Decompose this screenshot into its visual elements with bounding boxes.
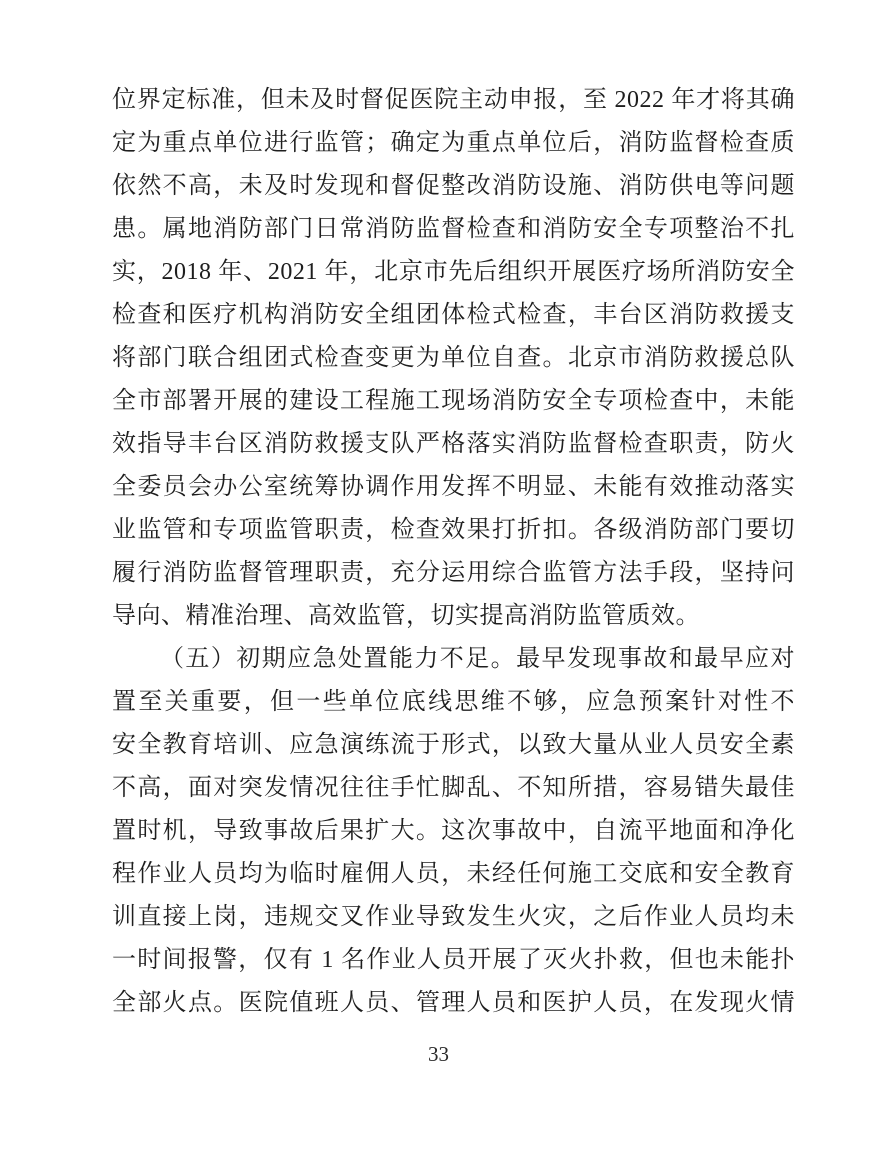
text-line: 位界定标准，但未及时督促医院主动申报，至 2022 年才将其确 (112, 79, 795, 122)
text-line: 置时机，导致事故后果扩大。这次事故中，自流平地面和净化工 (112, 810, 795, 853)
text-block: 位界定标准，但未及时督促医院主动申报，至 2022 年才将其确 定为重点单位进行… (112, 79, 795, 1025)
text-line: （五）初期应急处置能力不足。最早发现事故和最早应对处 (112, 638, 795, 681)
text-line: 全部火点。医院值班人员、管理人员和医护人员，在发现火情后 (112, 982, 795, 1025)
text-line: 导向、精准治理、高效监管，切实提高消防监管质效。 (112, 595, 795, 638)
text-line: 依然不高，未及时发现和督促整改消防设施、消防供电等问题隐 (112, 165, 795, 208)
text-line: 效指导丰台区消防救援支队严格落实消防监督检查职责，防火安 (112, 423, 795, 466)
text-line: 检查和医疗机构消防安全组团体检式检查，丰台区消防救援支队 (112, 294, 795, 337)
text-line: 不高，面对突发情况往往手忙脚乱、不知所措，容易错失最佳处 (112, 767, 795, 810)
text-line: 一时间报警，仅有 1 名作业人员开展了灭火扑救，但也未能扑灭 (112, 939, 795, 982)
text-line: 业监管和专项监管职责，检查效果打折扣。各级消防部门要切实 (112, 509, 795, 552)
text-line: 实，2018 年、2021 年，北京市先后组织开展医疗场所消防安全 (112, 251, 795, 294)
text-line: 置至关重要，但一些单位底线思维不够，应急预案针对性不强， (112, 681, 795, 724)
paragraph-2: （五）初期应急处置能力不足。最早发现事故和最早应对处 置至关重要，但一些单位底线… (112, 638, 795, 1025)
text-line: 履行消防监督管理职责，充分运用综合监管方法手段，坚持问题 (112, 552, 795, 595)
text-line: 训直接上岗，违规交叉作业导致发生火灾，之后作业人员均未第 (112, 896, 795, 939)
text-line: 全市部署开展的建设工程施工现场消防安全专项检查中，未能有 (112, 380, 795, 423)
text-line: 全委员会办公室统筹协调作用发挥不明显、未能有效推动落实行 (112, 466, 795, 509)
text-line: 程作业人员均为临时雇佣人员，未经任何施工交底和安全教育培 (112, 853, 795, 896)
text-line: 定为重点单位进行监管；确定为重点单位后，消防监督检查质效 (112, 122, 795, 165)
paragraph-1: 位界定标准，但未及时督促医院主动申报，至 2022 年才将其确 定为重点单位进行… (112, 79, 795, 638)
text-line: 患。属地消防部门日常消防监督检查和消防安全专项整治不扎 (112, 208, 795, 251)
document-page: 位界定标准，但未及时督促医院主动申报，至 2022 年才将其确 定为重点单位进行… (0, 0, 877, 1170)
page-number: 33 (0, 1040, 877, 1068)
section-heading: （五）初期应急处置能力不足。 (160, 646, 516, 672)
text-line: 将部门联合组团式检查变更为单位自查。北京市消防救援总队在 (112, 337, 795, 380)
text-line: 安全教育培训、应急演练流于形式，以致大量从业人员安全素养 (112, 724, 795, 767)
